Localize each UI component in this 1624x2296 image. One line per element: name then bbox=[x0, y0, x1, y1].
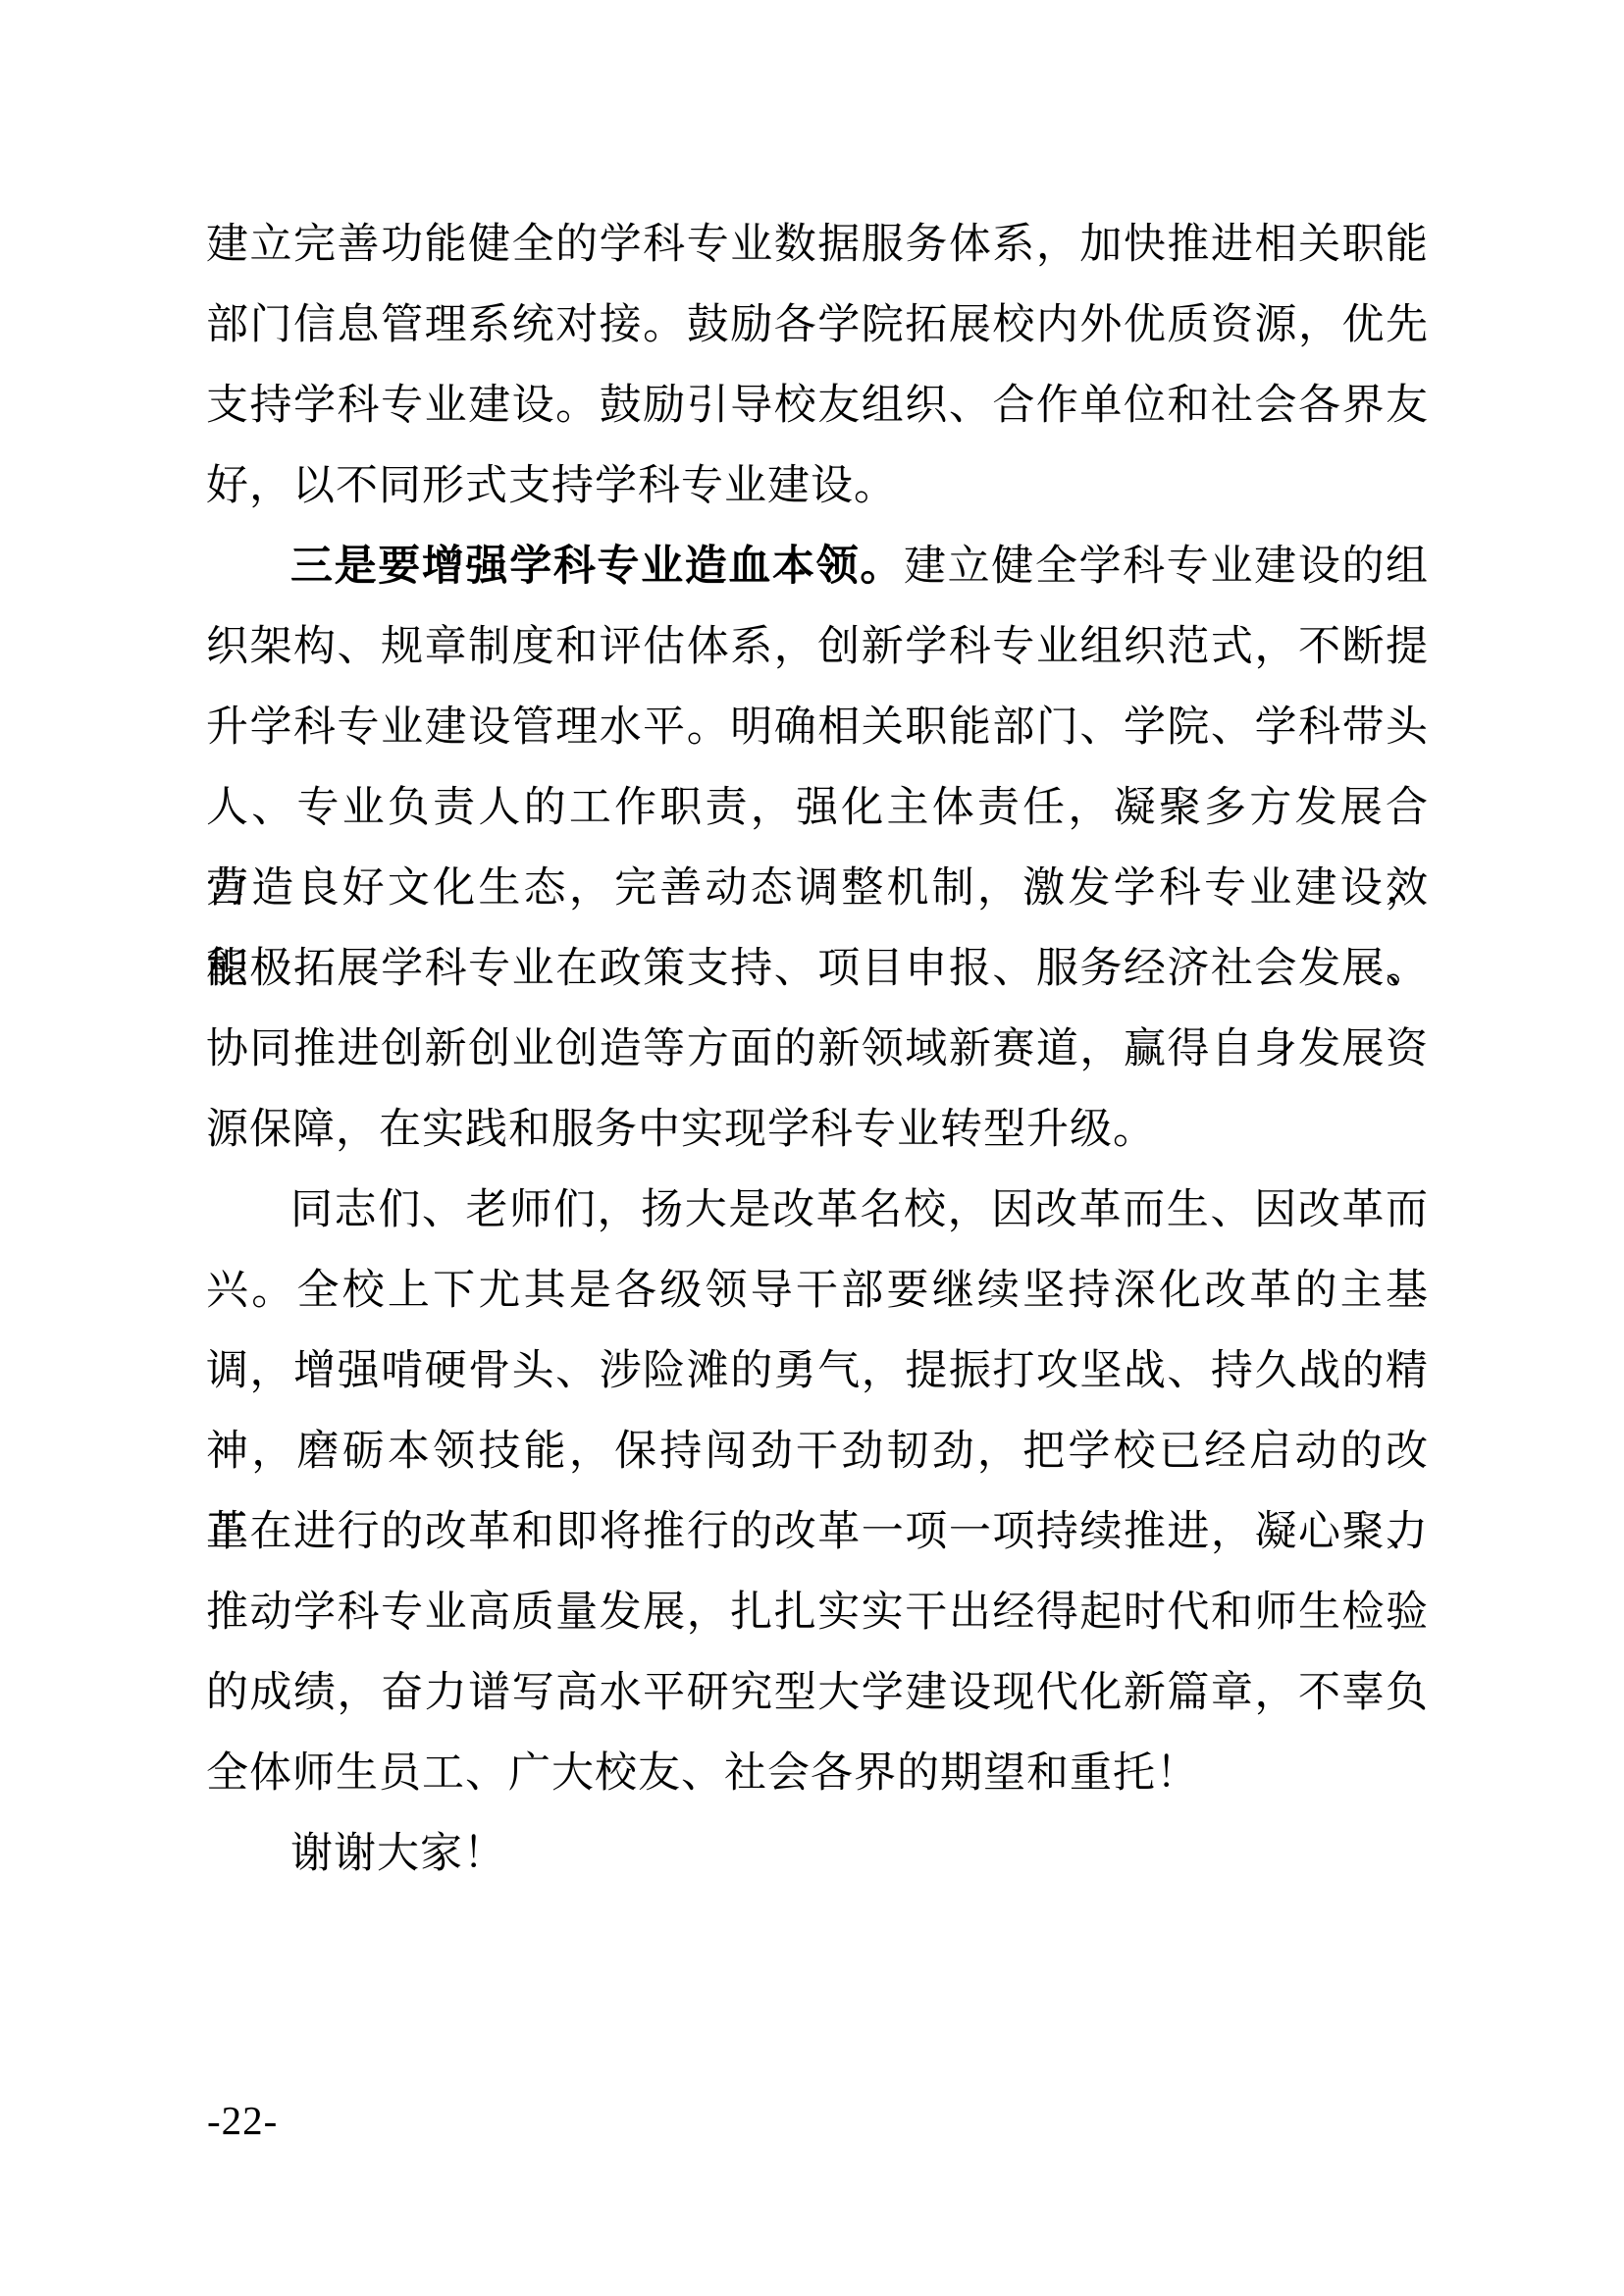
text-line-content: 升学科专业建设管理水平。明确相关职能部门、学院、学科带头 bbox=[206, 704, 1429, 751]
text-line: 兴。全校上下尤其是各级领导干部要继续坚持深化改革的主基 bbox=[206, 1251, 1429, 1331]
text-line: 部门信息管理系统对接。鼓励各学院拓展校内外优质资源，优先 bbox=[206, 286, 1429, 366]
text-line: 织架构、规章制度和评估体系，创新学科专业组织范式，不断提 bbox=[206, 607, 1429, 688]
text-line-content: 同志们、老师们，扬大是改革名校，因改革而生、因改革而 bbox=[290, 1187, 1429, 1233]
text-line-content: 源保障，在实践和服务中实现学科专业转型升级。 bbox=[206, 1107, 1156, 1153]
text-line: 正在进行的改革和即将推行的改革一项一项持续推进，凝心聚力 bbox=[206, 1492, 1429, 1573]
text-line-content: 兴。全校上下尤其是各级领导干部要继续坚持深化改革的主基 bbox=[206, 1268, 1429, 1314]
text-line: 同志们、老师们，扬大是改革名校，因改革而生、因改革而 bbox=[206, 1171, 1429, 1251]
text-line-content: 支持学科专业建设。鼓励引导校友组织、合作单位和社会各界友 bbox=[206, 383, 1429, 429]
text-line: 建立完善功能健全的学科专业数据服务体系，加快推进相关职能 bbox=[206, 205, 1429, 286]
text-line-content: 织架构、规章制度和评估体系，创新学科专业组织范式，不断提 bbox=[206, 624, 1429, 670]
text-line-content: 积极拓展学科专业在政策支持、项目申报、服务经济社会发展、 bbox=[206, 946, 1429, 992]
text-line: 营造良好文化生态，完善动态调整机制，激发学科专业建设效能。 bbox=[206, 849, 1429, 929]
text-line: 调，增强啃硬骨头、涉险滩的勇气，提振打攻坚战、持久战的精 bbox=[206, 1331, 1429, 1412]
text-line: 好，以不同形式支持学科专业建设。 bbox=[206, 446, 1429, 527]
text-line-content: 建立健全学科专业建设的组 bbox=[904, 544, 1429, 590]
text-line: 升学科专业建设管理水平。明确相关职能部门、学院、学科带头 bbox=[206, 688, 1429, 768]
text-line-content: 正在进行的改革和即将推行的改革一项一项持续推进，凝心聚力 bbox=[206, 1509, 1429, 1555]
text-line-content: 谢谢大家！ bbox=[290, 1831, 506, 1877]
text-line-content: 部门信息管理系统对接。鼓励各学院拓展校内外优质资源，优先 bbox=[206, 302, 1429, 348]
text-line-content: 协同推进创新创业创造等方面的新领域新赛道，赢得自身发展资 bbox=[206, 1026, 1429, 1072]
page-number: -22- bbox=[207, 2098, 278, 2143]
text-line: 人、专业负责人的工作职责，强化主体责任，凝聚多方发展合力， bbox=[206, 768, 1429, 849]
document-body: 建立完善功能健全的学科专业数据服务体系，加快推进相关职能部门信息管理系统对接。鼓… bbox=[206, 205, 1429, 1895]
text-line: 源保障，在实践和服务中实现学科专业转型升级。 bbox=[206, 1090, 1429, 1171]
text-line: 三是要增强学科专业造血本领。建立健全学科专业建设的组 bbox=[206, 527, 1429, 607]
text-line-content: 全体师生员工、广大校友、社会各界的期望和重托！ bbox=[206, 1750, 1199, 1797]
text-line-content: 好，以不同形式支持学科专业建设。 bbox=[206, 463, 897, 509]
text-line: 积极拓展学科专业在政策支持、项目申报、服务经济社会发展、 bbox=[206, 929, 1429, 1010]
document-page: 建立完善功能健全的学科专业数据服务体系，加快推进相关职能部门信息管理系统对接。鼓… bbox=[0, 0, 1624, 2296]
text-line: 谢谢大家！ bbox=[206, 1814, 1429, 1895]
text-line: 的成绩，奋力谱写高水平研究型大学建设现代化新篇章，不辜负 bbox=[206, 1653, 1429, 1734]
text-line: 支持学科专业建设。鼓励引导校友组织、合作单位和社会各界友 bbox=[206, 366, 1429, 446]
text-line: 神，磨砺本领技能，保持闯劲干劲韧劲，把学校已经启动的改革、 bbox=[206, 1412, 1429, 1492]
bold-lead-heading: 三是要增强学科专业造血本领。 bbox=[290, 544, 904, 590]
text-line-content: 推动学科专业高质量发展，扎扎实实干出经得起时代和师生检验 bbox=[206, 1590, 1429, 1636]
text-line: 推动学科专业高质量发展，扎扎实实干出经得起时代和师生检验 bbox=[206, 1573, 1429, 1653]
text-line: 协同推进创新创业创造等方面的新领域新赛道，赢得自身发展资 bbox=[206, 1010, 1429, 1090]
text-line-content: 调，增强啃硬骨头、涉险滩的勇气，提振打攻坚战、持久战的精 bbox=[206, 1348, 1429, 1394]
text-line-content: 建立完善功能健全的学科专业数据服务体系，加快推进相关职能 bbox=[206, 222, 1429, 268]
text-line-content: 的成绩，奋力谱写高水平研究型大学建设现代化新篇章，不辜负 bbox=[206, 1670, 1429, 1716]
text-line: 全体师生员工、广大校友、社会各界的期望和重托！ bbox=[206, 1734, 1429, 1814]
